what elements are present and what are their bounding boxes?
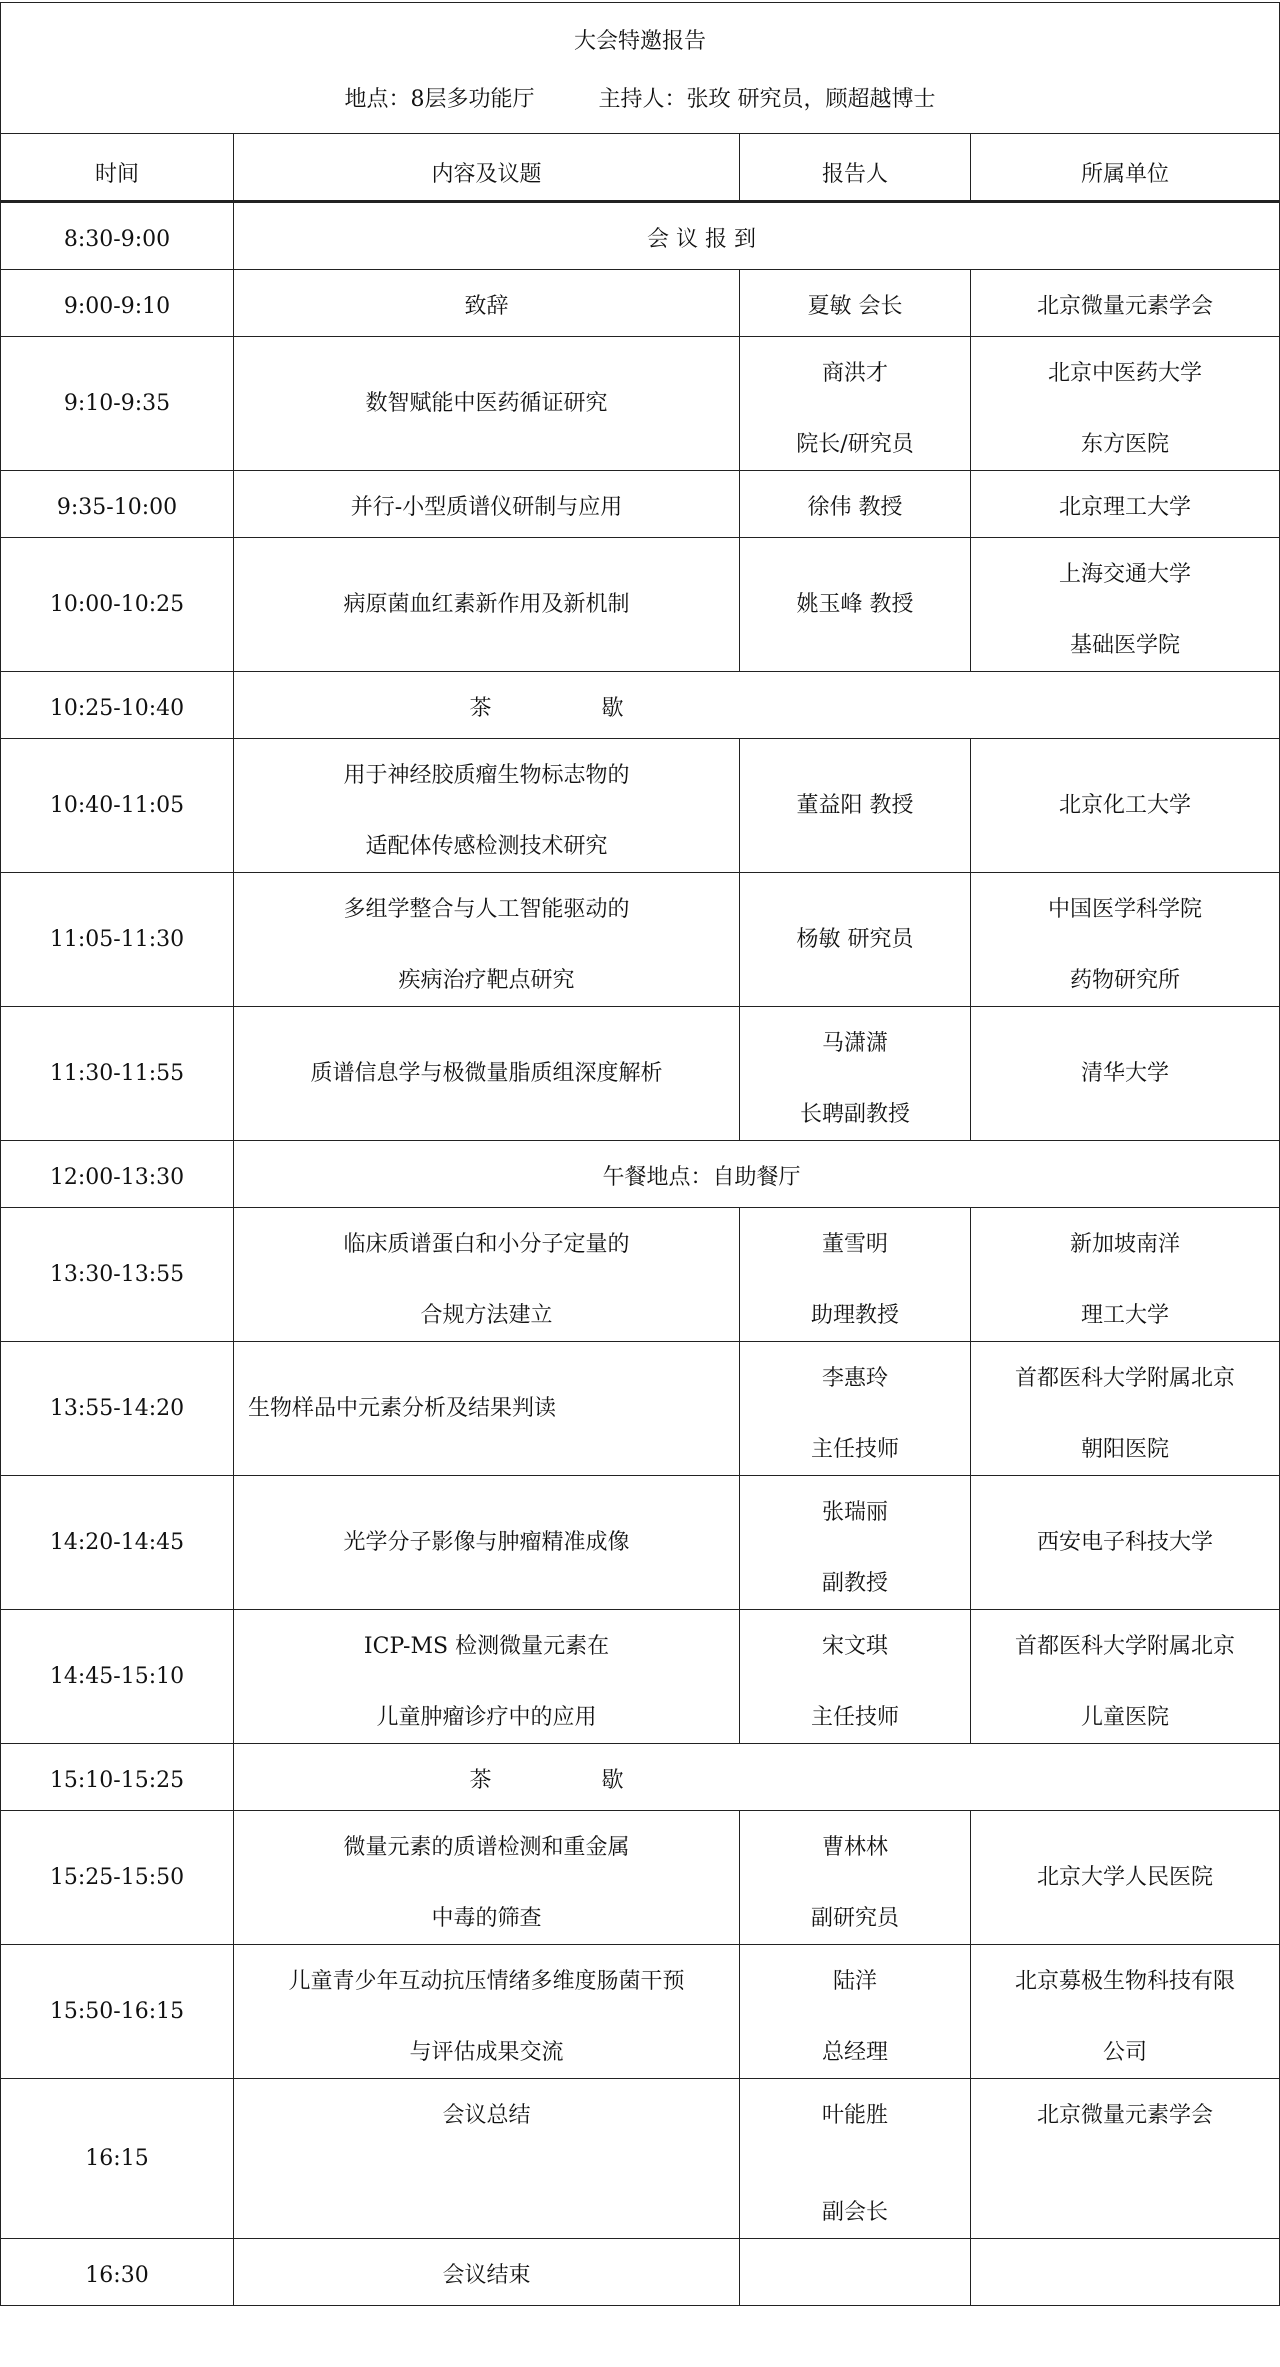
topic-text: 病原菌血红素新作用及新机制 <box>343 592 629 617</box>
speaker-cell: 夏敏 会长 <box>740 270 971 337</box>
speaker-text-line: 马潇潇 <box>740 1033 970 1055</box>
topic-text-lines: ICP-MS 检测微量元素在儿童肿瘤诊疗中的应用 <box>234 1610 739 1743</box>
speaker-text-line: 宋文琪 <box>740 1636 970 1658</box>
schedule-row: 12:00-13:30午餐地点：自助餐厅 <box>1 1141 1280 1208</box>
topic-text-line: 适配体传感检测技术研究 <box>234 836 739 858</box>
topic-text: 光学分子影像与肿瘤精准成像 <box>343 1530 629 1555</box>
speaker-text: 徐伟 教授 <box>808 495 903 520</box>
speaker-text-lines: 陆洋总经理 <box>740 1945 970 2078</box>
affiliation-cell: 北京理工大学 <box>971 471 1280 538</box>
time-cell: 11:30-11:55 <box>1 1007 234 1141</box>
speaker-cell: 董益阳 教授 <box>740 739 971 873</box>
speaker-text-line: 商洪才 <box>740 363 970 385</box>
topic-cell: 会议总结 <box>234 2079 740 2239</box>
speaker-text-line: 叶能胜 <box>740 2105 970 2127</box>
topic-text: 会议结束 <box>442 2263 530 2288</box>
topic-text: 生物样品中元素分析及结果判读 <box>248 1396 556 1421</box>
speaker-text-line: 主任技师 <box>740 1439 970 1461</box>
time-cell: 13:55-14:20 <box>1 1342 234 1476</box>
location-label: 地点：8层多功能厅 <box>345 87 535 112</box>
speaker-cell: 马潇潇长聘副教授 <box>740 1007 971 1141</box>
topic-text: 并行-小型质谱仪研制与应用 <box>351 495 622 520</box>
affiliation-cell: 清华大学 <box>971 1007 1280 1141</box>
schedule-row: 13:55-14:20生物样品中元素分析及结果判读李惠玲主任技师首都医科大学附属… <box>1 1342 1280 1476</box>
column-header-topic: 内容及议题 <box>234 134 740 202</box>
time-value: 16:30 <box>85 2263 148 2288</box>
tea-break-text: 茶歇 <box>469 1770 623 1792</box>
affiliation-text-lines: 北京中医药大学东方医院 <box>971 337 1279 470</box>
speaker-text: 夏敏 会长 <box>808 294 903 319</box>
speaker-text-line: 副教授 <box>740 1573 970 1595</box>
affiliation-text: 北京大学人民医院 <box>1037 1865 1213 1890</box>
topic-cell: 微量元素的质谱检测和重金属中毒的筛查 <box>234 1811 740 1945</box>
time-cell: 16:15 <box>1 2079 234 2239</box>
topic-cell: 生物样品中元素分析及结果判读 <box>234 1342 740 1476</box>
affiliation-cell: 新加坡南洋理工大学 <box>971 1208 1280 1342</box>
schedule-row: 14:45-15:10ICP-MS 检测微量元素在儿童肿瘤诊疗中的应用宋文琪主任… <box>1 1610 1280 1744</box>
time-cell: 10:25-10:40 <box>1 672 234 739</box>
schedule-row: 16:30会议结束 <box>1 2239 1280 2306</box>
schedule-row: 15:10-15:25茶歇 <box>1 1744 1280 1811</box>
topic-cell: 致辞 <box>234 270 740 337</box>
affiliation-text-line: 朝阳医院 <box>971 1439 1279 1461</box>
affiliation-cell: 北京中医药大学东方医院 <box>971 337 1280 471</box>
affiliation-text-line: 首都医科大学附属北京 <box>971 1636 1279 1658</box>
speaker-cell: 董雪明助理教授 <box>740 1208 971 1342</box>
time-cell: 14:20-14:45 <box>1 1476 234 1610</box>
affiliation-cell: 首都医科大学附属北京朝阳医院 <box>971 1342 1280 1476</box>
topic-cell: 光学分子影像与肿瘤精准成像 <box>234 1476 740 1610</box>
topic-text-line: 疾病治疗靶点研究 <box>234 970 739 992</box>
speaker-text-lines: 叶能胜副会长 <box>740 2105 970 2238</box>
schedule-row: 13:30-13:55临床质谱蛋白和小分子定量的合规方法建立董雪明助理教授新加坡… <box>1 1208 1280 1342</box>
affiliation-text: 西安电子科技大学 <box>1037 1530 1213 1555</box>
speaker-text-line: 曹林林 <box>740 1837 970 1859</box>
affiliation-cell: 北京微量元素学会 <box>971 2079 1280 2239</box>
tea-break-text: 茶歇 <box>469 698 623 720</box>
schedule-row: 10:40-11:05用于神经胶质瘤生物标志物的适配体传感检测技术研究董益阳 教… <box>1 739 1280 873</box>
schedule-row: 14:20-14:45光学分子影像与肿瘤精准成像张瑞丽副教授西安电子科技大学 <box>1 1476 1280 1610</box>
session-span-cell: 会 议 报 到 <box>234 202 1280 270</box>
time-value: 10:40-11:05 <box>50 793 184 818</box>
topic-text-line: 中毒的筛查 <box>234 1908 739 1930</box>
affiliation-text: 北京理工大学 <box>1059 495 1191 520</box>
topic-text-lines: 微量元素的质谱检测和重金属中毒的筛查 <box>234 1811 739 1944</box>
speaker-cell <box>740 2239 971 2306</box>
schedule-row: 16:15会议总结叶能胜副会长北京微量元素学会 <box>1 2079 1280 2239</box>
time-value: 12:00-13:30 <box>50 1165 184 1190</box>
affiliation-text-line: 中国医学科学院 <box>971 899 1279 921</box>
title-cell: 大会特邀报告 地点：8层多功能厅主持人：张玫 研究员，顾超越博士 <box>1 3 1280 134</box>
session-span-text: 午餐地点：自助餐厅 <box>602 1165 800 1190</box>
topic-text-line: 微量元素的质谱检测和重金属 <box>234 1837 739 1859</box>
time-value: 15:25-15:50 <box>50 1865 184 1890</box>
topic-text-line: 儿童肿瘤诊疗中的应用 <box>234 1707 739 1729</box>
topic-text-line: 用于神经胶质瘤生物标志物的 <box>234 765 739 787</box>
affiliation-cell: 上海交通大学基础医学院 <box>971 538 1280 672</box>
speaker-text-line: 主任技师 <box>740 1707 970 1729</box>
document-title: 大会特邀报告 <box>1 31 1279 53</box>
topic-cell: 临床质谱蛋白和小分子定量的合规方法建立 <box>234 1208 740 1342</box>
speaker-text-lines: 马潇潇长聘副教授 <box>740 1007 970 1140</box>
topic-text-lines: 多组学整合与人工智能驱动的疾病治疗靶点研究 <box>234 873 739 1006</box>
speaker-cell: 陆洋总经理 <box>740 1945 971 2079</box>
speaker-text-line: 副会长 <box>740 2202 970 2224</box>
column-header-speaker: 报告人 <box>740 134 971 202</box>
time-cell: 15:10-15:25 <box>1 1744 234 1811</box>
schedule-row: 15:25-15:50微量元素的质谱检测和重金属中毒的筛查曹林林副研究员北京大学… <box>1 1811 1280 1945</box>
topic-text-line: 多组学整合与人工智能驱动的 <box>234 899 739 921</box>
time-value: 15:10-15:25 <box>50 1768 184 1793</box>
affiliation-cell: 北京募极生物科技有限公司 <box>971 1945 1280 2079</box>
topic-text: 数智赋能中医药循证研究 <box>365 391 607 416</box>
speaker-cell: 曹林林副研究员 <box>740 1811 971 1945</box>
speaker-text-line: 陆洋 <box>740 1971 970 1993</box>
speaker-cell: 商洪才院长/研究员 <box>740 337 971 471</box>
topic-cell: 质谱信息学与极微量脂质组深度解析 <box>234 1007 740 1141</box>
affiliation-text-line: 北京募极生物科技有限 <box>971 1971 1279 1993</box>
affiliation-text-line: 公司 <box>971 2042 1279 2064</box>
affiliation-text-lines: 首都医科大学附属北京朝阳医院 <box>971 1342 1279 1475</box>
session-info: 地点：8层多功能厅主持人：张玫 研究员，顾超越博士 <box>1 89 1279 111</box>
speaker-text-lines: 曹林林副研究员 <box>740 1811 970 1944</box>
time-cell: 13:30-13:55 <box>1 1208 234 1342</box>
time-value: 11:30-11:55 <box>50 1061 184 1086</box>
speaker-cell: 李惠玲主任技师 <box>740 1342 971 1476</box>
session-span-cell: 午餐地点：自助餐厅 <box>234 1141 1280 1208</box>
affiliation-text: 清华大学 <box>1081 1061 1169 1086</box>
affiliation-cell: 首都医科大学附属北京儿童医院 <box>971 1610 1280 1744</box>
speaker-cell: 张瑞丽副教授 <box>740 1476 971 1610</box>
time-cell: 16:30 <box>1 2239 234 2306</box>
affiliation-text-line: 药物研究所 <box>971 970 1279 992</box>
host-label: 主持人：张玫 研究员，顾超越博士 <box>599 87 936 112</box>
time-value: 10:00-10:25 <box>50 592 184 617</box>
time-value: 13:30-13:55 <box>50 1262 184 1287</box>
topic-text-line: 临床质谱蛋白和小分子定量的 <box>234 1234 739 1256</box>
affiliation-cell <box>971 2239 1280 2306</box>
affiliation-text-line: 理工大学 <box>971 1305 1279 1327</box>
affiliation-cell: 北京大学人民医院 <box>971 1811 1280 1945</box>
time-cell: 15:50-16:15 <box>1 1945 234 2079</box>
schedule-row: 11:30-11:55质谱信息学与极微量脂质组深度解析马潇潇长聘副教授清华大学 <box>1 1007 1280 1141</box>
speaker-cell: 杨敏 研究员 <box>740 873 971 1007</box>
speaker-cell: 宋文琪主任技师 <box>740 1610 971 1744</box>
speaker-text-lines: 董雪明助理教授 <box>740 1208 970 1341</box>
topic-cell: 数智赋能中医药循证研究 <box>234 337 740 471</box>
column-header-time: 时间 <box>1 134 234 202</box>
speaker-text-line: 院长/研究员 <box>740 434 970 456</box>
time-value: 9:00-9:10 <box>64 294 170 319</box>
schedule-row: 9:10-9:35数智赋能中医药循证研究商洪才院长/研究员北京中医药大学东方医院 <box>1 337 1280 471</box>
topic-cell: 儿童青少年互动抗压情绪多维度肠菌干预与评估成果交流 <box>234 1945 740 2079</box>
topic-cell: ICP-MS 检测微量元素在儿童肿瘤诊疗中的应用 <box>234 1610 740 1744</box>
speaker-text-line: 董雪明 <box>740 1234 970 1256</box>
speaker-text: 董益阳 教授 <box>797 793 914 818</box>
topic-text-lines: 儿童青少年互动抗压情绪多维度肠菌干预与评估成果交流 <box>234 1945 739 2078</box>
header-row: 时间 内容及议题 报告人 所属单位 <box>1 134 1280 202</box>
affiliation-text-line: 儿童医院 <box>971 1707 1279 1729</box>
affiliation-cell: 西安电子科技大学 <box>971 1476 1280 1610</box>
topic-text: 会议总结 <box>442 2103 530 2128</box>
speaker-text: 姚玉峰 教授 <box>797 592 914 617</box>
topic-cell: 病原菌血红素新作用及新机制 <box>234 538 740 672</box>
speaker-text-lines: 李惠玲主任技师 <box>740 1342 970 1475</box>
time-value: 9:35-10:00 <box>57 495 177 520</box>
topic-cell: 用于神经胶质瘤生物标志物的适配体传感检测技术研究 <box>234 739 740 873</box>
time-value: 16:15 <box>85 2146 148 2171</box>
time-value: 15:50-16:15 <box>50 1999 184 2024</box>
time-value: 9:10-9:35 <box>64 391 170 416</box>
topic-text-line: 与评估成果交流 <box>234 2042 739 2064</box>
speaker-text-lines: 商洪才院长/研究员 <box>740 337 970 470</box>
topic-text-lines: 用于神经胶质瘤生物标志物的适配体传感检测技术研究 <box>234 739 739 872</box>
schedule-table: 大会特邀报告 地点：8层多功能厅主持人：张玫 研究员，顾超越博士 时间 内容及议… <box>0 2 1280 2306</box>
topic-cell: 并行-小型质谱仪研制与应用 <box>234 471 740 538</box>
time-cell: 9:10-9:35 <box>1 337 234 471</box>
schedule-row: 10:25-10:40茶歇 <box>1 672 1280 739</box>
time-cell: 15:25-15:50 <box>1 1811 234 1945</box>
tea-break-cell: 茶歇 <box>234 1744 1280 1811</box>
affiliation-cell: 北京微量元素学会 <box>971 270 1280 337</box>
session-span-text: 会 议 报 到 <box>647 227 756 252</box>
affiliation-cell: 北京化工大学 <box>971 739 1280 873</box>
topic-text-line: 儿童青少年互动抗压情绪多维度肠菌干预 <box>234 1971 739 1993</box>
time-value: 8:30-9:00 <box>64 227 170 252</box>
affiliation-text-lines: 首都医科大学附属北京儿童医院 <box>971 1610 1279 1743</box>
affiliation-text-line: 首都医科大学附属北京 <box>971 1368 1279 1390</box>
time-cell: 14:45-15:10 <box>1 1610 234 1744</box>
topic-text-lines: 临床质谱蛋白和小分子定量的合规方法建立 <box>234 1208 739 1341</box>
schedule-row: 8:30-9:00会 议 报 到 <box>1 202 1280 270</box>
schedule-row: 9:35-10:00并行-小型质谱仪研制与应用徐伟 教授北京理工大学 <box>1 471 1280 538</box>
affiliation-text-lines: 新加坡南洋理工大学 <box>971 1208 1279 1341</box>
speaker-cell: 叶能胜副会长 <box>740 2079 971 2239</box>
affiliation-text-line: 上海交通大学 <box>971 564 1279 586</box>
affiliation-text-lines: 上海交通大学基础医学院 <box>971 538 1279 671</box>
affiliation-text-line: 东方医院 <box>971 434 1279 456</box>
speaker-text: 杨敏 研究员 <box>797 927 914 952</box>
affiliation-text-lines: 中国医学科学院药物研究所 <box>971 873 1279 1006</box>
speaker-text-lines: 宋文琪主任技师 <box>740 1610 970 1743</box>
speaker-text-line: 张瑞丽 <box>740 1502 970 1524</box>
affiliation-text-line: 北京中医药大学 <box>971 363 1279 385</box>
time-cell: 10:40-11:05 <box>1 739 234 873</box>
topic-text-line: ICP-MS 检测微量元素在 <box>234 1636 739 1658</box>
topic-text: 质谱信息学与极微量脂质组深度解析 <box>310 1061 662 1086</box>
affiliation-text: 北京化工大学 <box>1059 793 1191 818</box>
tea-break-cell: 茶歇 <box>234 672 1280 739</box>
time-cell: 9:35-10:00 <box>1 471 234 538</box>
time-cell: 10:00-10:25 <box>1 538 234 672</box>
affiliation-cell: 中国医学科学院药物研究所 <box>971 873 1280 1007</box>
time-value: 14:45-15:10 <box>50 1664 184 1689</box>
time-value: 14:20-14:45 <box>50 1530 184 1555</box>
topic-cell: 多组学整合与人工智能驱动的疾病治疗靶点研究 <box>234 873 740 1007</box>
topic-text: 致辞 <box>464 294 508 319</box>
affiliation-text-lines: 北京募极生物科技有限公司 <box>971 1945 1279 2078</box>
time-cell: 12:00-13:30 <box>1 1141 234 1208</box>
time-value: 11:05-11:30 <box>50 927 184 952</box>
time-value: 13:55-14:20 <box>50 1396 184 1421</box>
speaker-text-line: 李惠玲 <box>740 1368 970 1390</box>
speaker-text-line: 助理教授 <box>740 1305 970 1327</box>
topic-cell: 会议结束 <box>234 2239 740 2306</box>
schedule-row: 11:05-11:30多组学整合与人工智能驱动的疾病治疗靶点研究杨敏 研究员中国… <box>1 873 1280 1007</box>
schedule-row: 10:00-10:25病原菌血红素新作用及新机制姚玉峰 教授上海交通大学基础医学… <box>1 538 1280 672</box>
topic-text-line: 合规方法建立 <box>234 1305 739 1327</box>
speaker-cell: 徐伟 教授 <box>740 471 971 538</box>
time-cell: 11:05-11:30 <box>1 873 234 1007</box>
speaker-text-line: 总经理 <box>740 2042 970 2064</box>
affiliation-text-line: 基础医学院 <box>971 635 1279 657</box>
speaker-text-line: 副研究员 <box>740 1908 970 1930</box>
affiliation-text: 北京微量元素学会 <box>1037 294 1213 319</box>
speaker-text-lines: 张瑞丽副教授 <box>740 1476 970 1609</box>
column-header-affiliation: 所属单位 <box>971 134 1280 202</box>
affiliation-text: 北京微量元素学会 <box>1037 2103 1213 2128</box>
schedule-row: 15:50-16:15儿童青少年互动抗压情绪多维度肠菌干预与评估成果交流陆洋总经… <box>1 1945 1280 2079</box>
speaker-text-line: 长聘副教授 <box>740 1104 970 1126</box>
time-cell: 8:30-9:00 <box>1 202 234 270</box>
time-value: 10:25-10:40 <box>50 696 184 721</box>
speaker-cell: 姚玉峰 教授 <box>740 538 971 672</box>
affiliation-text-line: 新加坡南洋 <box>971 1234 1279 1256</box>
time-cell: 9:00-9:10 <box>1 270 234 337</box>
schedule-row: 9:00-9:10致辞夏敏 会长北京微量元素学会 <box>1 270 1280 337</box>
